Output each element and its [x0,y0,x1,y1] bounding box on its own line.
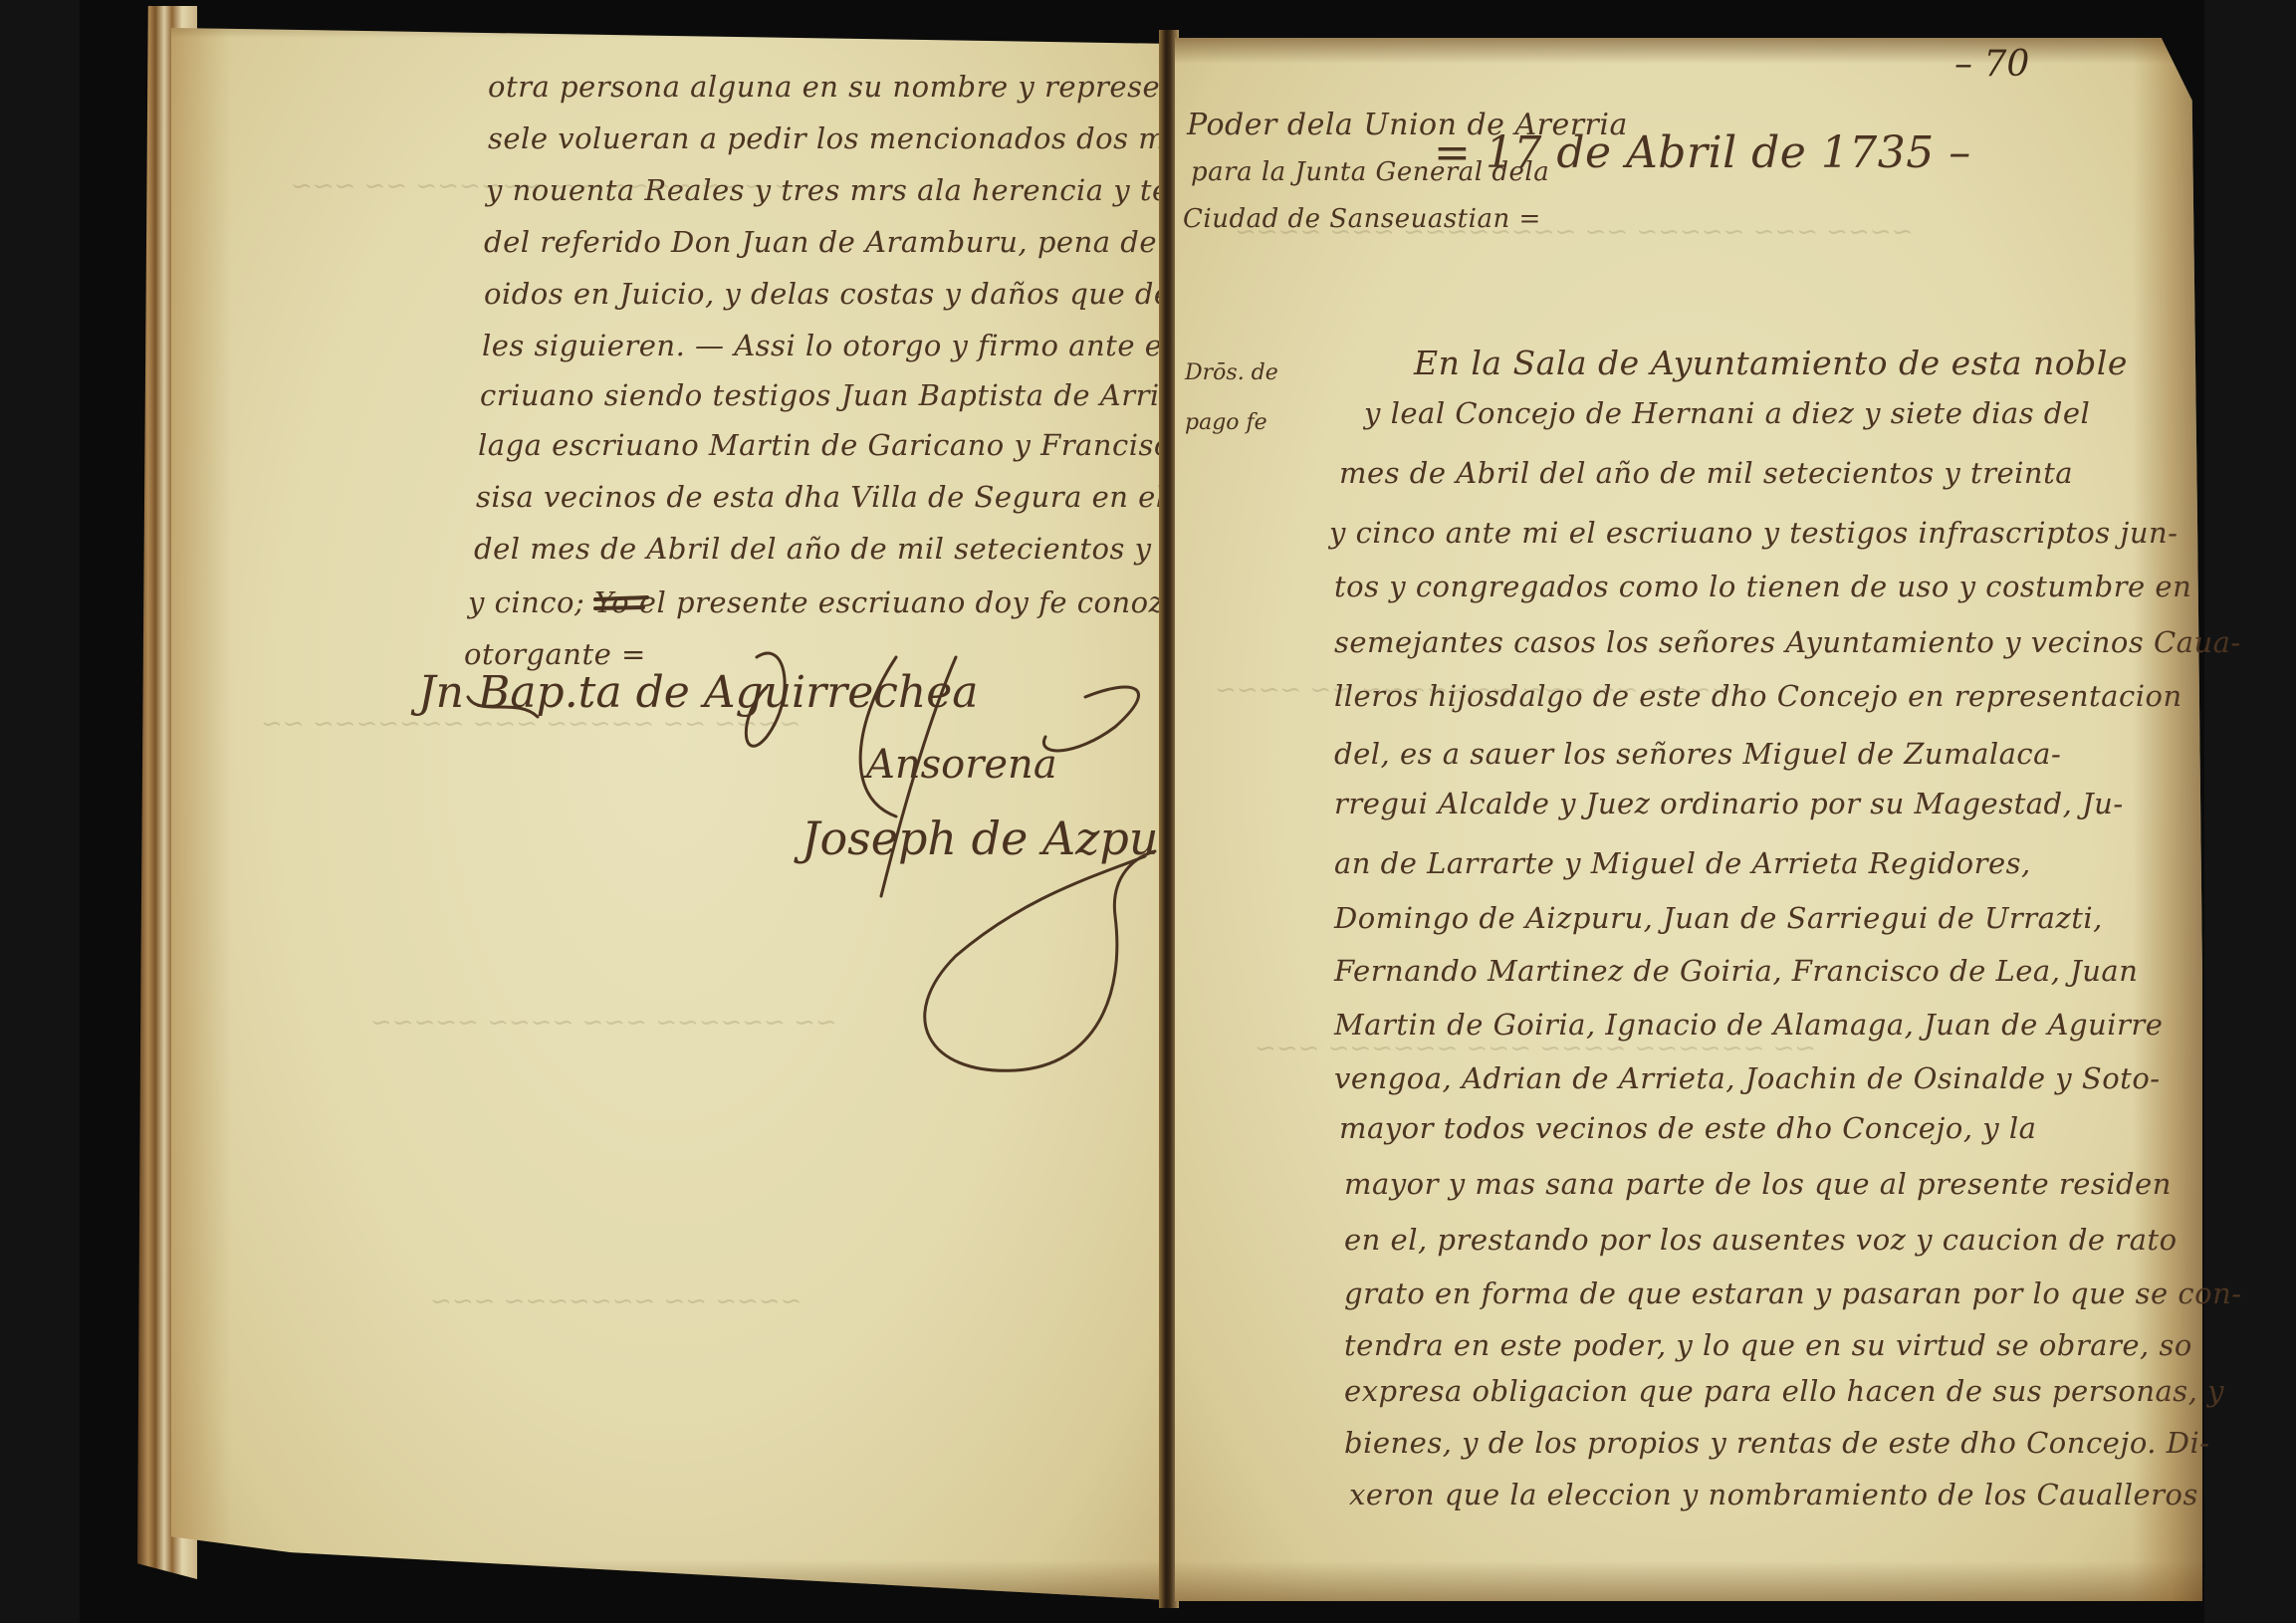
text-line: lleros hijosdalgo de este dho Concejo en… [1334,679,2182,713]
text-line: grato en forma de que estaran y pasaran … [1344,1276,2242,1310]
text-line: semejantes casos los señores Ayuntamient… [1334,625,2241,659]
top-edge-stain [1175,38,2202,64]
rubric-loop [746,653,785,746]
text-line: Martin de Goiria, Ignacio de Alamaga, Ju… [1334,1008,2163,1042]
text-line: y leal Concejo de Hernani a diez y siete… [1364,396,2090,430]
text-line: mayor todos vecinos de este dho Concejo,… [1339,1111,2036,1145]
bottom-edge-stain [1175,1561,2202,1601]
text-line: En la Sala de Ayuntamiento de esta noble [1414,344,2128,382]
text-line: y cinco ante mi el escriuano y testigos … [1329,516,2178,550]
text-line: mes de Abril del año de mil setecientos … [1339,456,2073,490]
text-line: mayor y mas sana parte de los que al pre… [1344,1167,2172,1201]
text-line: Fernando Martinez de Goiria, Francisco d… [1334,954,2138,988]
text-line: xeron que la eleccion y nombramiento de … [1349,1478,2198,1511]
text-line: tos y congregados como lo tienen de uso … [1334,570,2191,603]
folio-number: – 70 [1954,44,2029,85]
text-line: Domingo de Aizpuru, Juan de Sarriegui de… [1334,901,2103,935]
text-line: tendra en este poder, y lo que en su vir… [1344,1328,2192,1362]
margin-note-line: Drōs. de [1185,360,1278,385]
text-line: en el, prestando por los ausentes voz y … [1344,1223,2178,1257]
text-line: an de Larrarte y Miguel de Arrieta Regid… [1334,846,2031,880]
header-date: = 17 de Abril de 1735 – [1434,127,1971,178]
text-line: rregui Alcalde y Juez ordinario por su M… [1334,787,2124,820]
header-title-line: Ciudad de Sanseuastian = [1183,204,1541,234]
text-line: bienes, y de los propios y rentas de est… [1344,1426,2210,1460]
text-line: del, es a sauer los señores Miguel de Zu… [1334,737,2061,771]
text-line: expresa obligacion que para ello hacen d… [1344,1374,2224,1408]
text-line: vengoa, Adrian de Arrieta, Joachin de Os… [1334,1061,2161,1095]
margin-note-line: pago fe [1185,410,1267,435]
